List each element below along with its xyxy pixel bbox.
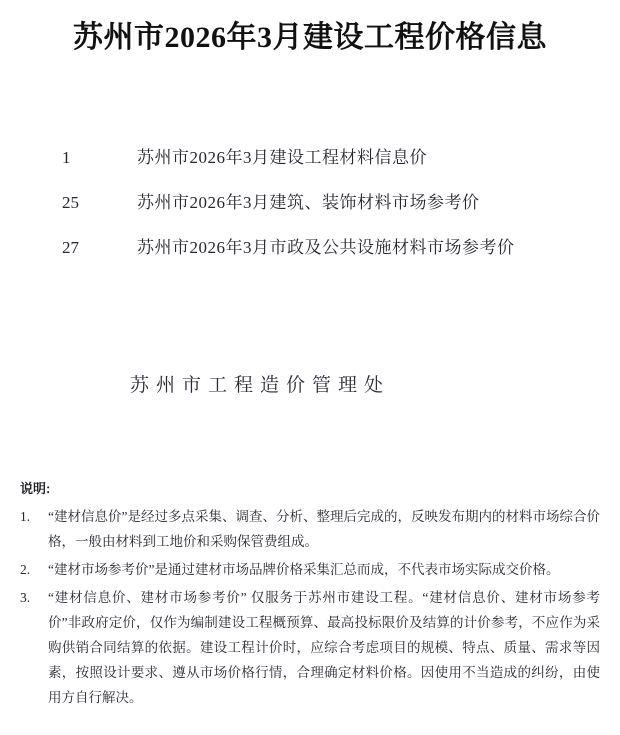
list-item: 2. “建材市场参考价”是通过建材市场品牌价格采集汇总而成，不代表市场实际成交价… xyxy=(20,557,600,582)
notes-heading: 说明: xyxy=(20,481,600,497)
toc-entry-title: 苏州市2026年3月市政及公共设施材料市场参考价 xyxy=(137,239,620,257)
toc-entry-title: 苏州市2026年3月建筑、装饰材料市场参考价 xyxy=(137,194,620,212)
table-of-contents: 1 苏州市2026年3月建设工程材料信息价 25 苏州市2026年3月建筑、装饰… xyxy=(0,149,620,257)
toc-row: 27 苏州市2026年3月市政及公共设施材料市场参考价 xyxy=(0,239,620,257)
note-number: 3. xyxy=(20,585,48,710)
list-item: 1. “建材信息价”是经过多点采集、调查、分析、整理后完成的，反映发布期内的材料… xyxy=(20,504,600,554)
toc-page-number: 25 xyxy=(0,194,137,212)
notes-section: 说明: 1. “建材信息价”是经过多点采集、调查、分析、整理后完成的，反映发布期… xyxy=(20,481,600,713)
toc-row: 1 苏州市2026年3月建设工程材料信息价 xyxy=(0,149,620,167)
toc-row: 25 苏州市2026年3月建筑、装饰材料市场参考价 xyxy=(0,194,620,212)
list-item: 3. “建材信息价、建材市场参考价” 仅服务于苏州市建设工程。“建材信息价、建材… xyxy=(20,585,600,710)
note-text: “建材市场参考价”是通过建材市场品牌价格采集汇总而成，不代表市场实际成交价格。 xyxy=(48,557,600,582)
publisher-name: 苏州市工程造价管理处 xyxy=(0,370,520,397)
note-number: 2. xyxy=(20,557,48,582)
toc-page-number: 1 xyxy=(0,149,137,167)
note-text: “建材信息价、建材市场参考价” 仅服务于苏州市建设工程。“建材信息价、建材市场参… xyxy=(48,585,600,710)
page-title: 苏州市2026年3月建设工程价格信息 xyxy=(0,12,620,56)
document-page: 苏州市2026年3月建设工程价格信息 1 苏州市2026年3月建设工程材料信息价… xyxy=(0,0,620,735)
note-text: “建材信息价”是经过多点采集、调查、分析、整理后完成的，反映发布期内的材料市场综… xyxy=(48,504,600,554)
note-number: 1. xyxy=(20,504,48,554)
toc-entry-title: 苏州市2026年3月建设工程材料信息价 xyxy=(137,149,620,167)
toc-page-number: 27 xyxy=(0,239,137,257)
